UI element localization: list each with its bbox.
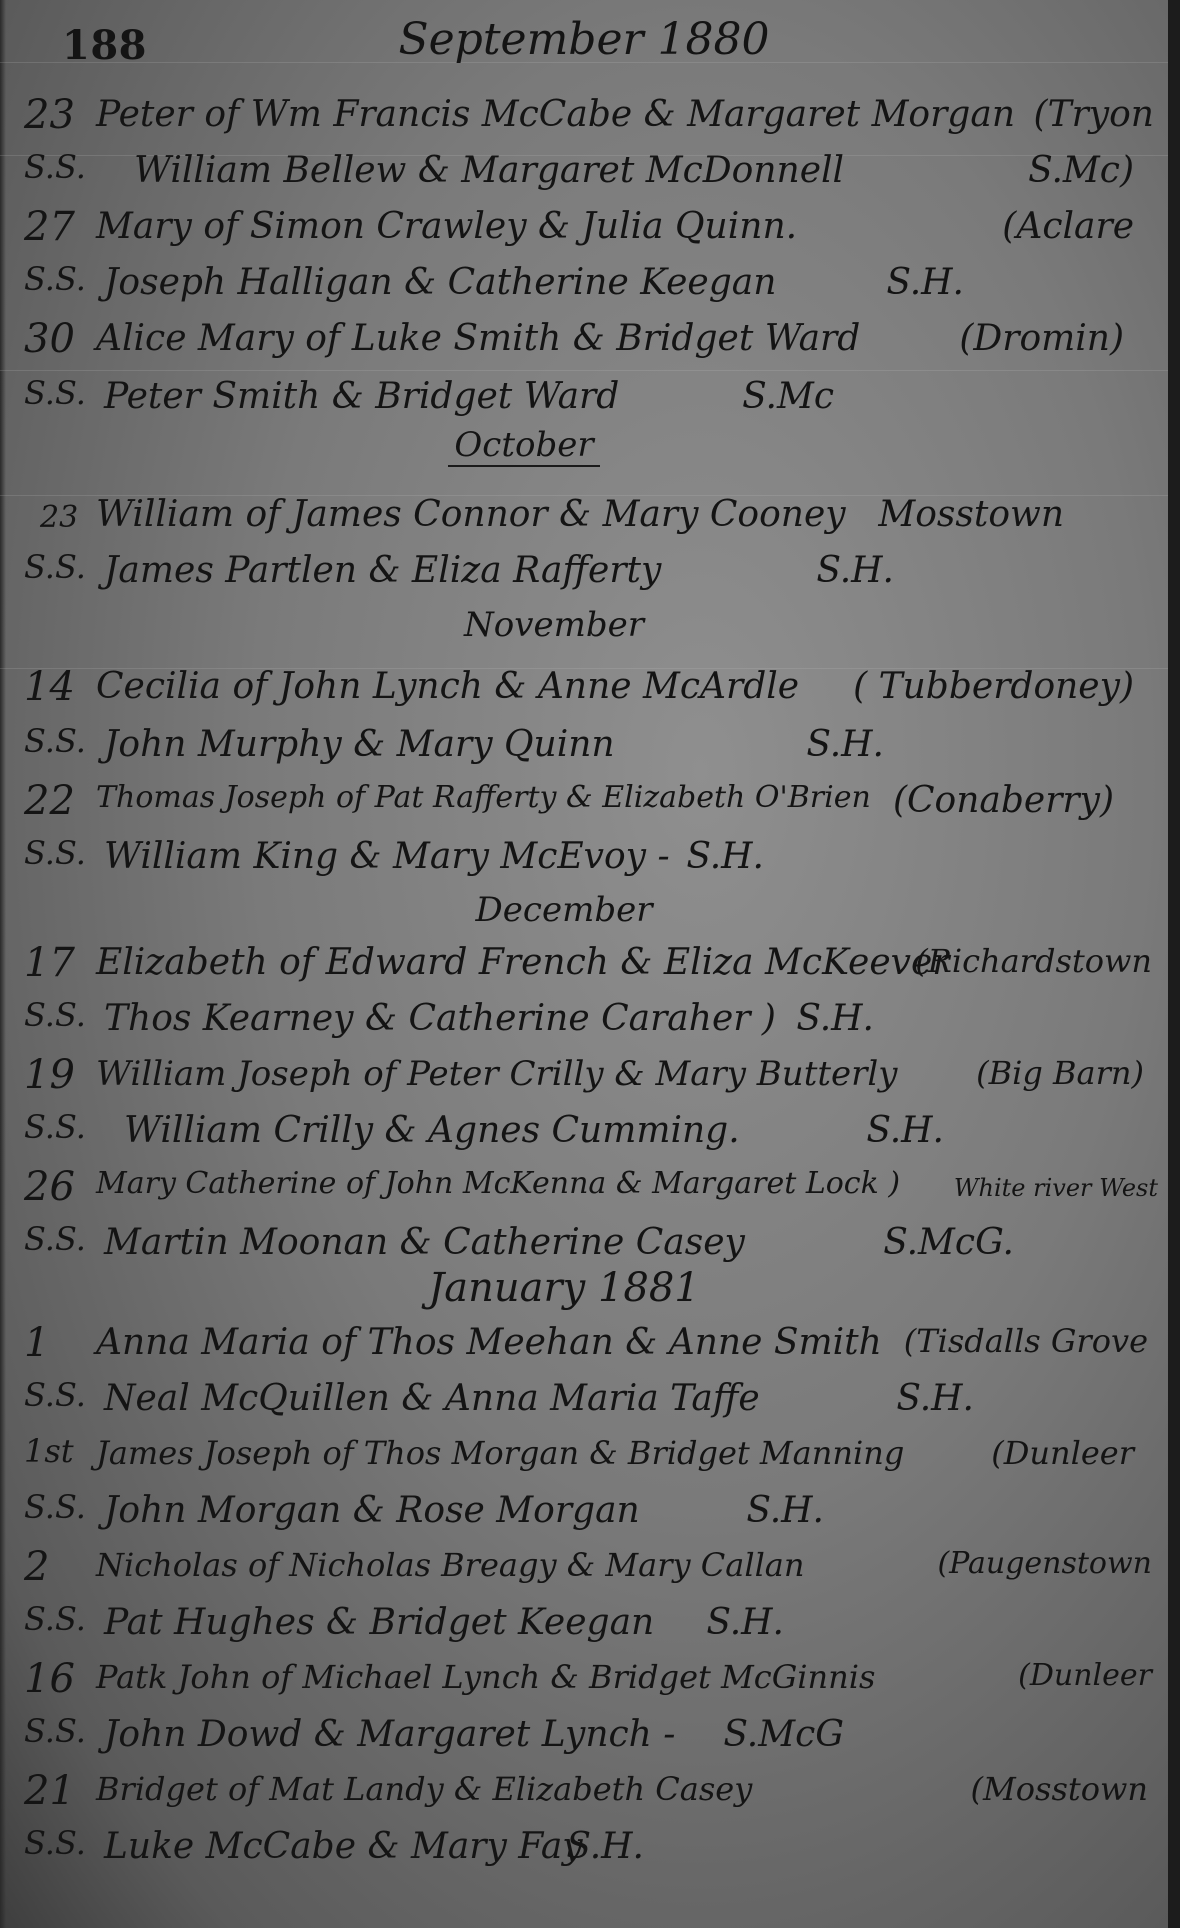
sponsor-marker: S.S. <box>24 996 92 1034</box>
entry-townland: (Richardstown <box>915 942 1152 980</box>
sponsor-marker: S.S. <box>24 148 92 186</box>
sponsor-marker: S.S. <box>24 374 92 412</box>
entry-townland: White river West <box>954 1174 1158 1202</box>
entry-day: 1st <box>24 1432 92 1470</box>
sponsor-text: Luke McCabe & Mary Fay <box>104 1826 583 1867</box>
entry-day: 16 <box>24 1656 92 1702</box>
sponsor-row: S.S. Joseph Halligan & Catherine Keegan … <box>24 260 1164 316</box>
sponsor-marker: S.S. <box>24 548 92 586</box>
sponsor-row: S.S. William King & Mary McEvoy - S.H. <box>24 834 1164 890</box>
priest-initials: S.H. <box>706 1602 784 1643</box>
entry-row: 30 Alice Mary of Luke Smith & Bridget Wa… <box>24 316 1164 372</box>
entry-text: Thomas Joseph of Pat Rafferty & Elizabet… <box>96 780 871 815</box>
entry-row: 23 Peter of Wm Francis McCabe & Margaret… <box>24 92 1164 148</box>
entry-day: 19 <box>24 1052 92 1098</box>
entry-day: 17 <box>24 940 92 986</box>
entry-row: 23 William of James Connor & Mary Cooney… <box>24 492 1164 548</box>
entry-townland: (Tisdalls Grove <box>904 1322 1148 1360</box>
entry-text: William Joseph of Peter Crilly & Mary Bu… <box>96 1054 897 1094</box>
sponsor-row: S.S. John Murphy & Mary Quinn S.H. <box>24 722 1164 778</box>
priest-initials: S.H. <box>886 262 964 303</box>
entry-townland: Mosstown <box>878 494 1064 535</box>
month-label: December <box>476 890 653 930</box>
sponsor-text: Thos Kearney & Catherine Caraher ) <box>104 998 776 1039</box>
entry-day: 2 <box>24 1544 92 1590</box>
sponsor-row: S.S. William Crilly & Agnes Cumming. S.H… <box>24 1108 1164 1164</box>
sponsor-row: S.S. Peter Smith & Bridget Ward S.Mc <box>24 374 1164 430</box>
sponsor-marker: S.S. <box>24 834 92 872</box>
sponsor-row: S.S. Thos Kearney & Catherine Caraher ) … <box>24 996 1164 1052</box>
sponsor-text: Peter Smith & Bridget Ward <box>104 376 619 417</box>
sponsor-row: S.S. Neal McQuillen & Anna Maria Taffe S… <box>24 1376 1164 1432</box>
entry-row: 1 Anna Maria of Thos Meehan & Anne Smith… <box>24 1320 1164 1376</box>
sponsor-marker: S.S. <box>24 722 92 760</box>
sponsor-marker: S.S. <box>24 1108 92 1146</box>
month-label: October <box>448 425 599 467</box>
entry-row: 2 Nicholas of Nicholas Breagy & Mary Cal… <box>24 1544 1164 1600</box>
entry-row: 16 Patk John of Michael Lynch & Bridget … <box>24 1656 1164 1712</box>
sponsor-row: S.S. John Morgan & Rose Morgan S.H. <box>24 1488 1164 1544</box>
sponsor-text: John Dowd & Margaret Lynch - <box>104 1714 675 1755</box>
month-label: November <box>464 605 644 645</box>
sponsor-text: William Bellew & Margaret McDonnell <box>134 150 844 191</box>
entry-text: Patk John of Michael Lynch & Bridget McG… <box>96 1658 875 1696</box>
priest-initials: S.H. <box>566 1826 644 1867</box>
sponsor-text: Neal McQuillen & Anna Maria Taffe <box>104 1378 760 1419</box>
priest-initials: S.McG <box>723 1714 844 1755</box>
entry-townland: (Paugenstown <box>937 1546 1152 1581</box>
entry-day: 30 <box>24 316 92 362</box>
sponsor-text: William King & Mary McEvoy - <box>104 836 670 877</box>
entry-text: Nicholas of Nicholas Breagy & Mary Calla… <box>96 1546 804 1584</box>
priest-initials: S.H. <box>796 998 874 1039</box>
entry-townland: (Dunleer <box>1018 1658 1152 1693</box>
priest-initials: S.H. <box>896 1378 974 1419</box>
month-heading-november: November <box>0 605 1138 645</box>
entry-text: William of James Connor & Mary Cooney <box>96 494 846 535</box>
entry-townland: (Aclare <box>1002 206 1134 247</box>
entry-text: Alice Mary of Luke Smith & Bridget Ward <box>96 318 860 359</box>
sponsor-text: William Crilly & Agnes Cumming. <box>124 1110 740 1151</box>
entry-row: 1st James Joseph of Thos Morgan & Bridge… <box>24 1432 1164 1488</box>
entry-day: 22 <box>24 778 92 824</box>
register-page: 188 September 1880 23 Peter of Wm Franci… <box>0 0 1168 1928</box>
entry-row: 27 Mary of Simon Crawley & Julia Quinn. … <box>24 204 1164 260</box>
page-left-shadow <box>0 0 6 1928</box>
entry-text: Anna Maria of Thos Meehan & Anne Smith <box>96 1322 882 1363</box>
month-label: January 1881 <box>428 1265 699 1311</box>
sponsor-text: John Morgan & Rose Morgan <box>104 1490 640 1531</box>
entry-townland: (Mosstown <box>971 1770 1148 1808</box>
priest-initials: S.H. <box>686 836 764 877</box>
priest-initials: S.H. <box>746 1490 824 1531</box>
entry-day: 1 <box>24 1320 92 1366</box>
sponsor-marker: S.S. <box>24 1376 92 1414</box>
entry-row: 22 Thomas Joseph of Pat Rafferty & Eliza… <box>24 778 1164 834</box>
entry-townland: (Big Barn) <box>976 1054 1144 1092</box>
entry-day: 26 <box>24 1164 92 1210</box>
entry-townland: (Conaberry) <box>893 780 1114 821</box>
entry-townland: (Dromin) <box>959 318 1124 359</box>
entry-row: 19 William Joseph of Peter Crilly & Mary… <box>24 1052 1164 1108</box>
priest-initials: S.H. <box>866 1110 944 1151</box>
month-heading-december: December <box>0 890 1148 930</box>
entry-row: 17 Elizabeth of Edward French & Eliza Mc… <box>24 940 1164 996</box>
entry-text: Cecilia of John Lynch & Anne McArdle <box>96 666 799 707</box>
sponsor-marker: S.S. <box>24 1488 92 1526</box>
entry-text: James Joseph of Thos Morgan & Bridget Ma… <box>96 1434 904 1472</box>
priest-initials: S.Mc <box>742 376 834 417</box>
month-heading-january: January 1881 <box>0 1265 1148 1311</box>
sponsor-marker: S.S. <box>24 1600 92 1638</box>
entry-row: 26 Mary Catherine of John McKenna & Marg… <box>24 1164 1164 1220</box>
entry-text: Bridget of Mat Landy & Elizabeth Casey <box>96 1770 752 1808</box>
priest-initials: S.H. <box>816 550 894 591</box>
sponsor-row: S.S. Pat Hughes & Bridget Keegan S.H. <box>24 1600 1164 1656</box>
priest-initials: S.H. <box>806 724 884 765</box>
entry-text: Peter of Wm Francis McCabe & Margaret Mo… <box>96 94 1015 135</box>
month-heading-september: September 1880 <box>0 14 1168 65</box>
month-label: September 1880 <box>399 14 770 65</box>
sponsor-row: S.S. John Dowd & Margaret Lynch - S.McG <box>24 1712 1164 1768</box>
sponsor-marker: S.S. <box>24 1220 92 1258</box>
entry-row: 21 Bridget of Mat Landy & Elizabeth Case… <box>24 1768 1164 1824</box>
sponsor-text: Martin Moonan & Catherine Casey <box>104 1222 745 1263</box>
sponsor-row: S.S. William Bellew & Margaret McDonnell… <box>24 148 1164 204</box>
month-heading-october: October <box>0 425 1108 465</box>
sponsor-text: John Murphy & Mary Quinn <box>104 724 615 765</box>
entry-text: Mary Catherine of John McKenna & Margare… <box>96 1166 900 1201</box>
entry-day: 21 <box>24 1768 92 1814</box>
priest-initials: S.Mc) <box>1028 150 1134 191</box>
sponsor-text: James Partlen & Eliza Rafferty <box>104 550 661 591</box>
sponsor-marker: S.S. <box>24 1712 92 1750</box>
priest-initials: S.McG. <box>883 1222 1014 1263</box>
entry-text: Elizabeth of Edward French & Eliza McKee… <box>96 942 949 983</box>
entry-townland: ( Tubberdoney) <box>853 666 1134 707</box>
sponsor-marker: S.S. <box>24 1824 92 1862</box>
entry-text: Mary of Simon Crawley & Julia Quinn. <box>96 206 797 247</box>
sponsor-row: S.S. Luke McCabe & Mary Fay S.H. <box>24 1824 1164 1880</box>
binding-edge <box>1168 0 1180 1928</box>
entry-townland: (Dunleer <box>991 1434 1134 1472</box>
entry-row: 14 Cecilia of John Lynch & Anne McArdle … <box>24 664 1164 720</box>
entry-townland: (Tryon <box>1034 94 1154 135</box>
sponsor-marker: S.S. <box>24 260 92 298</box>
entry-day: 27 <box>24 204 92 250</box>
entry-day: 14 <box>24 664 92 710</box>
entry-day: 23 <box>24 92 92 138</box>
sponsor-row: S.S. James Partlen & Eliza Rafferty S.H. <box>24 548 1164 604</box>
sponsor-text: Pat Hughes & Bridget Keegan <box>104 1602 654 1643</box>
sponsor-text: Joseph Halligan & Catherine Keegan <box>104 262 776 303</box>
